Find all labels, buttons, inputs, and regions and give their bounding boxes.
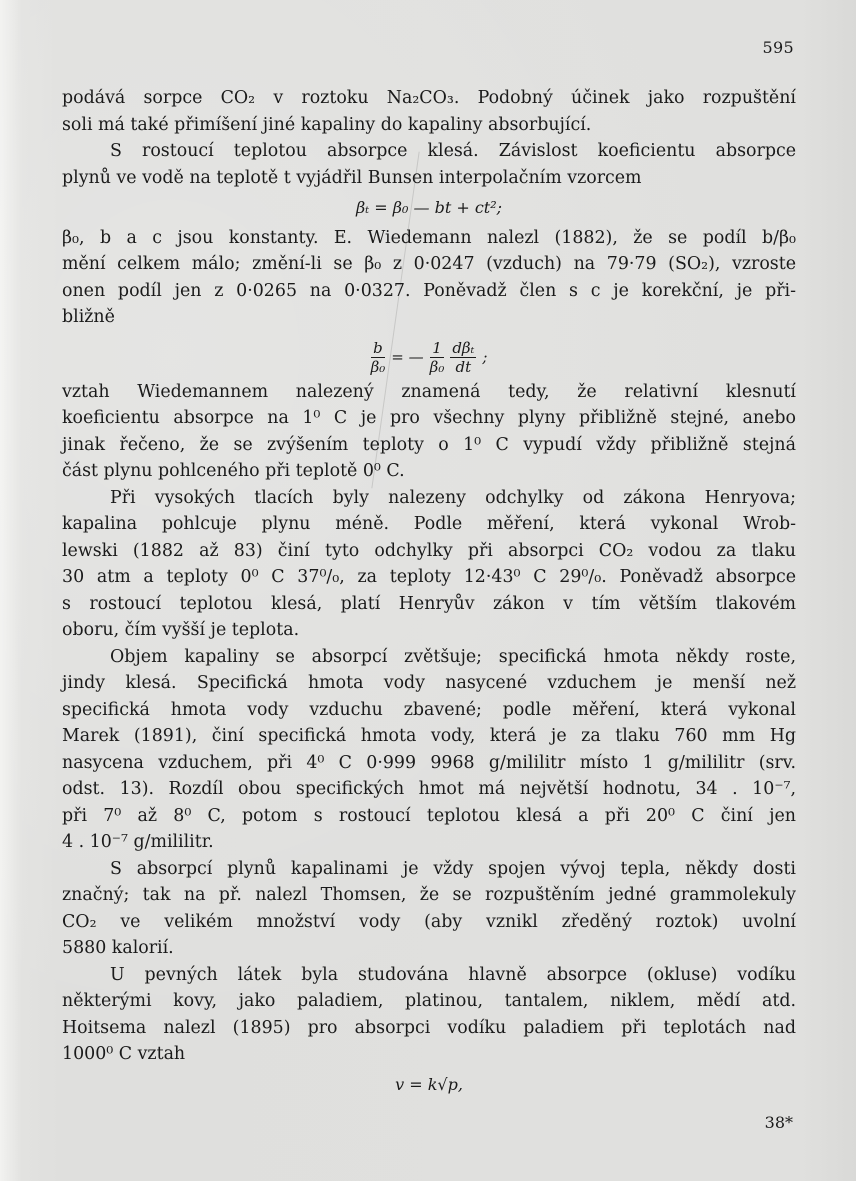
- text-line: Hoitsema nalezl (1895) pro absorpci vodí…: [62, 1015, 796, 1042]
- page-number: 595: [763, 38, 794, 57]
- text-line: jindy klesá. Specifická hmota vody nasyc…: [62, 670, 796, 697]
- text-line: onen podíl jen z 0·0265 na 0·0327. Poněv…: [62, 278, 796, 305]
- text-line: odst. 13). Rozdíl obou specifických hmot…: [62, 776, 796, 803]
- fraction: 1 β₀: [430, 339, 445, 376]
- text-line: 5880 kalorií.: [62, 935, 796, 962]
- paragraph-start-line: Objem kapaliny se absorpcí zvětšuje; spe…: [62, 644, 796, 671]
- text-line: nasycena vzduchem, při 4⁰ C 0·999 9968 g…: [62, 750, 796, 777]
- text-line: kapalina pohlcuje plynu méně. Podle měře…: [62, 511, 796, 538]
- text-line: při 7⁰ až 8⁰ C, potom s rostoucí teploto…: [62, 803, 796, 830]
- text-line: vztah Wiedemannem nalezený znamená tedy,…: [62, 379, 796, 406]
- signature-mark: 38*: [765, 1113, 793, 1132]
- fraction: dβₜ dt: [450, 339, 476, 376]
- text-line: značný; tak na př. nalezl Thomsen, že se…: [62, 882, 796, 909]
- scanned-book-page: 595 podává sorpce CO₂ v roztoku Na₂CO₃. …: [0, 0, 856, 1181]
- text-line: bližně: [62, 304, 796, 331]
- paragraph-start-line: S absorpcí plynů kapalinami je vždy spoj…: [62, 856, 796, 883]
- text-line: Marek (1891), činí specifická hmota vody…: [62, 723, 796, 750]
- formula-bunsen: βₜ = β₀ — bt + ct²;: [62, 195, 796, 222]
- text-line: mění celkem málo; změní-li se β₀ z 0·024…: [62, 251, 796, 278]
- text-line: soli má také přimíšení jiné kapaliny do …: [62, 112, 796, 139]
- text-line: CO₂ ve velikém množství vody (aby vznikl…: [62, 909, 796, 936]
- formula-hoitsema: v = k√p,: [62, 1072, 796, 1099]
- paragraph-start-line: S rostoucí teplotou absorpce klesá. Závi…: [62, 138, 796, 165]
- text-line: některými kovy, jako paladiem, platinou,…: [62, 988, 796, 1015]
- paragraph-start-line: Při vysokých tlacích byly nalezeny odchy…: [62, 485, 796, 512]
- text-line: podává sorpce CO₂ v roztoku Na₂CO₃. Podo…: [62, 85, 796, 112]
- fraction: b β₀: [371, 339, 386, 376]
- text-line: specifická hmota vody vzduchu zbavené; p…: [62, 697, 796, 724]
- text-line: část plynu pohlceného při teplotě 0⁰ C.: [62, 458, 796, 485]
- paragraph-start-line: U pevných látek byla studována hlavně ab…: [62, 962, 796, 989]
- text-line: s rostoucí teplotou klesá, platí Henryův…: [62, 591, 796, 618]
- body-text: podává sorpce CO₂ v roztoku Na₂CO₃. Podo…: [62, 85, 796, 1101]
- text-line: lewski (1882 až 83) činí tyto odchylky p…: [62, 538, 796, 565]
- text-line: 4 . 10⁻⁷ g/mililitr.: [62, 829, 796, 856]
- text-line: jinak řečeno, že se zvýšením teploty o 1…: [62, 432, 796, 459]
- formula-wiedemann: b β₀ = — 1 β₀ dβₜ dt ;: [62, 335, 796, 376]
- text-line: oboru, čím vyšší je teplota.: [62, 617, 796, 644]
- text-line: 1000⁰ C vztah: [62, 1041, 796, 1068]
- text-line: 30 atm a teploty 0⁰ C 37⁰/₀, za teploty …: [62, 564, 796, 591]
- text-line: plynů ve vodě na teplotě t vyjádřil Buns…: [62, 165, 796, 192]
- text-line: β₀, b a c jsou konstanty. E. Wiedemann n…: [62, 225, 796, 252]
- text-line: koeficientu absorpce na 1⁰ C je pro všec…: [62, 405, 796, 432]
